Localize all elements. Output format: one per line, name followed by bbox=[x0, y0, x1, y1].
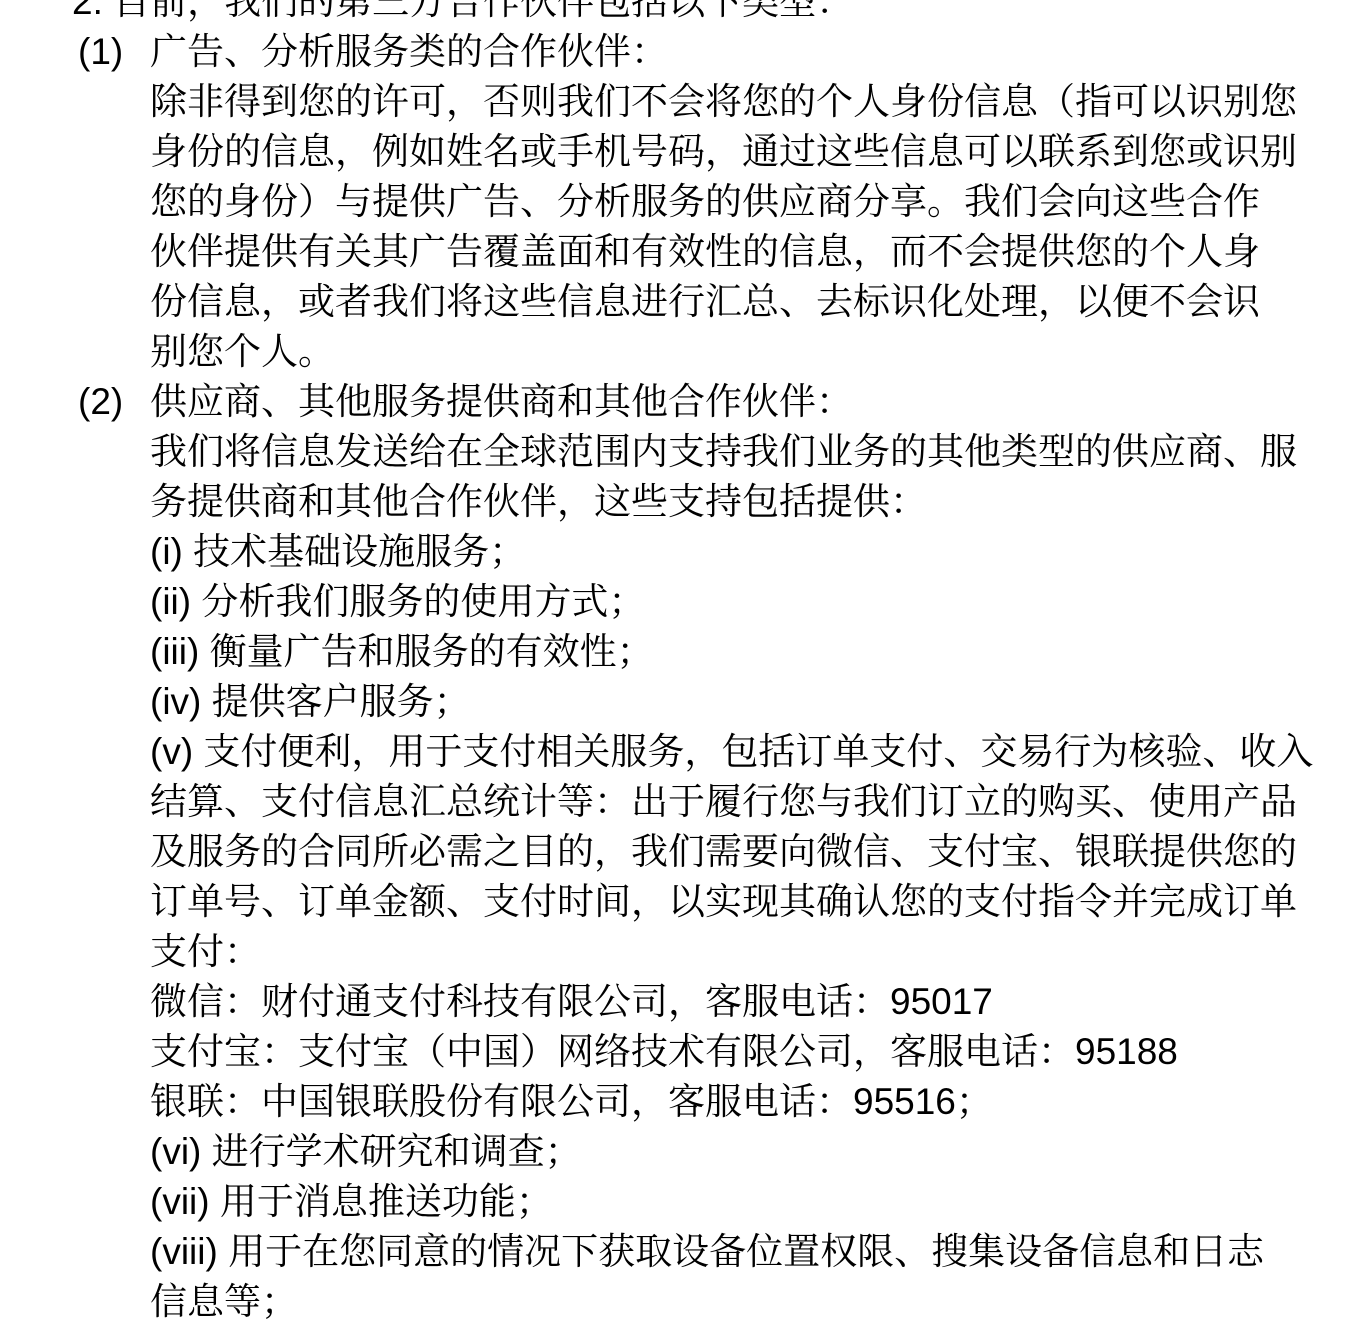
policy-item-advertising-partners: (1) 广告、分析服务类的合作伙伴： 除非得到您的许可，否则我们不会将您的个人身… bbox=[0, 27, 1366, 377]
item-number-label: (2) bbox=[78, 377, 123, 427]
section-heading: 2. 目前，我们的第三方合作伙伴包括以下类型： bbox=[0, 0, 1366, 27]
item-title: 广告、分析服务类的合作伙伴： bbox=[150, 27, 1366, 77]
item-body-text: 除非得到您的许可，否则我们不会将您的个人身份信息（指可以识别您 身份的信息，例如… bbox=[150, 77, 1366, 377]
policy-item-suppliers-partners: (2) 供应商、其他服务提供商和其他合作伙伴： 我们将信息发送给在全球范围内支持… bbox=[0, 377, 1366, 1327]
item-number-label: (1) bbox=[78, 27, 123, 77]
item-content: 供应商、其他服务提供商和其他合作伙伴： 我们将信息发送给在全球范围内支持我们业务… bbox=[150, 377, 1366, 1327]
item-title: 供应商、其他服务提供商和其他合作伙伴： bbox=[150, 377, 1366, 427]
privacy-policy-page: 2. 目前，我们的第三方合作伙伴包括以下类型： (1) 广告、分析服务类的合作伙… bbox=[0, 0, 1366, 1327]
item-content: 广告、分析服务类的合作伙伴： 除非得到您的许可，否则我们不会将您的个人身份信息（… bbox=[150, 27, 1366, 377]
policy-section: 2. 目前，我们的第三方合作伙伴包括以下类型： (1) 广告、分析服务类的合作伙… bbox=[0, 0, 1366, 1327]
item-body-text: 我们将信息发送给在全球范围内支持我们业务的其他类型的供应商、服 务提供商和其他合… bbox=[150, 427, 1366, 1327]
